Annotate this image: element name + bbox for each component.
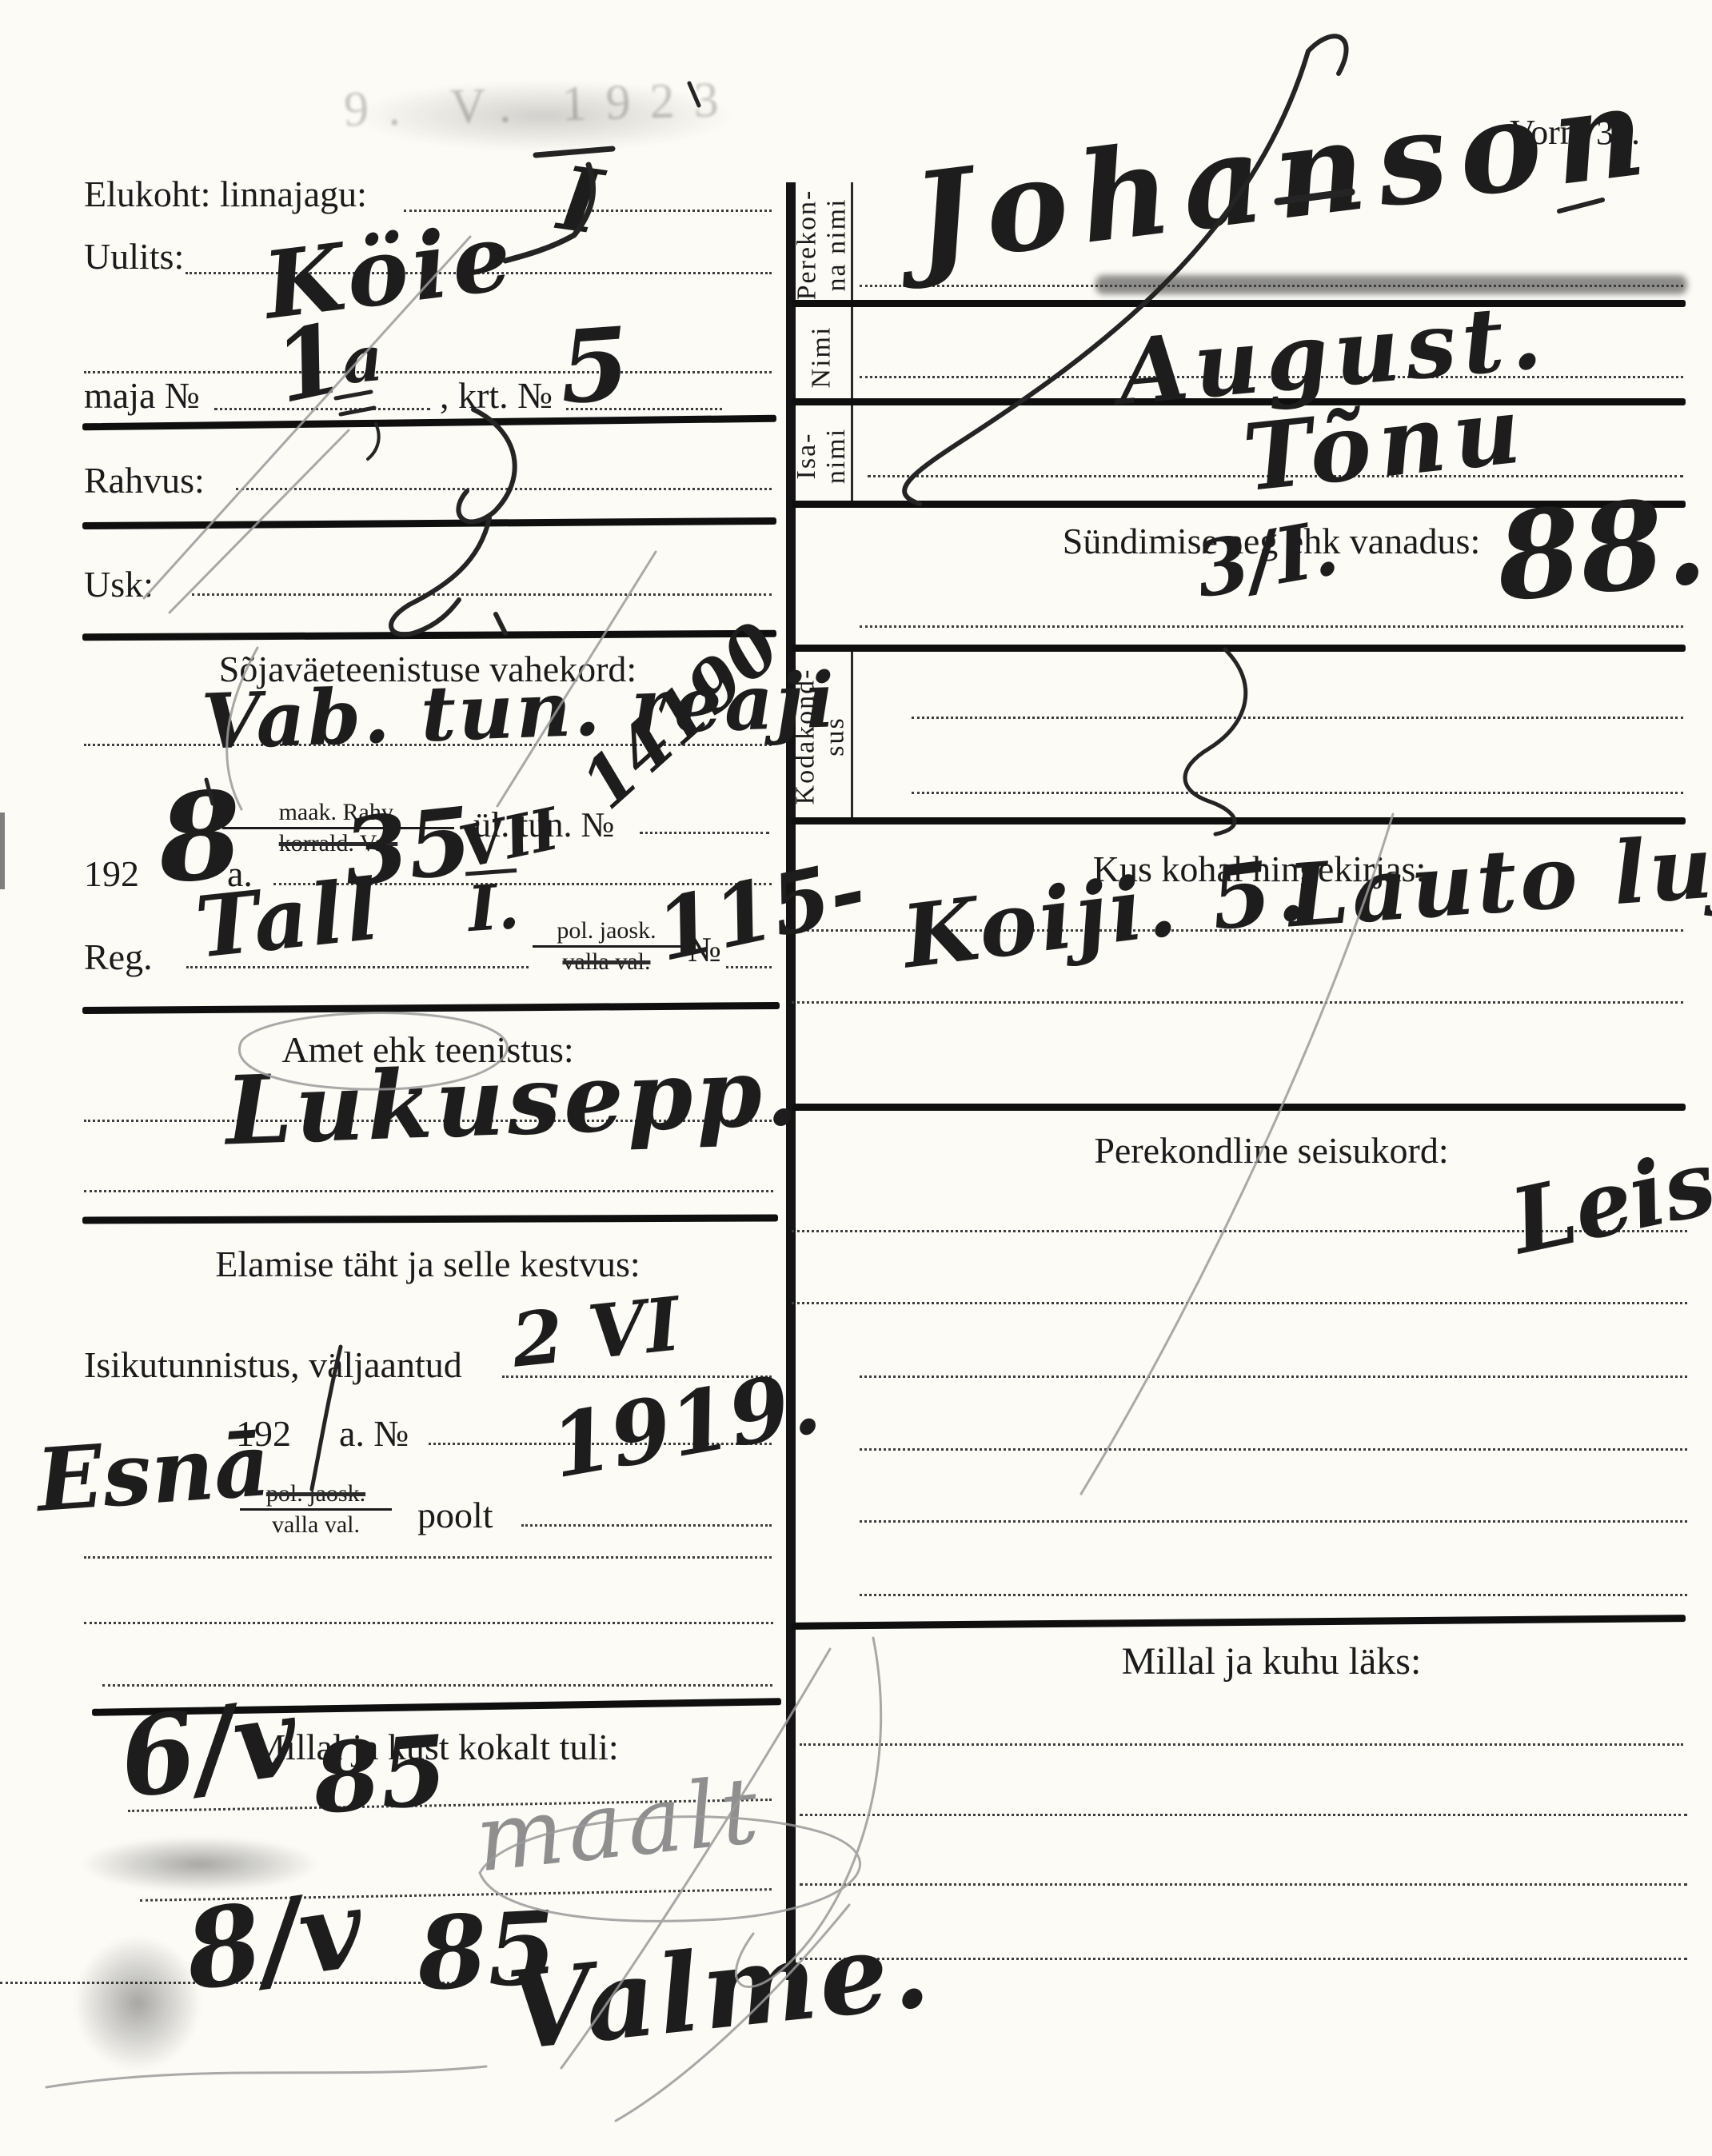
hw-maja-letter: a [340,328,385,393]
stamp-smudge [352,80,736,152]
dotted-line [192,593,772,596]
rule-thick [792,645,1686,652]
hw-isik-year: 1919. [545,1359,826,1491]
krt-label: , krt. № [440,374,553,417]
hw-tuli-place-1: maalt [472,1765,767,1886]
hw-isanimi: Tõnu [1239,384,1532,505]
registration-card-scan: 9. V. 1923 Vorm 36. Elukoht: linnajagu: … [0,0,1712,2156]
rule-thick [792,1104,1686,1111]
elamise-heading: Elamise täht ja selle kestvus: [84,1243,772,1285]
dotted-line [521,1524,772,1527]
millal-laks-heading: Millal ja kuhu läks: [860,1639,1683,1683]
hw-tuli-date-1: 6/v [114,1682,304,1814]
dotted-line [236,488,772,490]
rule-thick [82,517,776,529]
nimi-label: Nimi [807,325,836,388]
hw-tuli-date-2: 8/v [179,1874,369,2006]
rule-thick [792,300,1686,307]
scan-edge-mark [0,812,5,889]
hw-isik-day: 2 VI [509,1287,684,1377]
poolt-label: poolt [417,1494,493,1536]
dotted-line [860,625,1683,628]
hw-hingekirjas-2: Lauto luj. [1285,820,1712,940]
dotted-line [860,1520,1687,1523]
dotted-line [792,1302,1687,1304]
hw-ul-tun-roman: VII [455,800,564,876]
year-prefix: 192 [84,852,139,895]
rule-thick [82,1002,780,1014]
rule-thick [792,1615,1686,1630]
elukoht-label: Elukoht: linnajagu: [84,173,367,215]
rule-thick [82,630,776,641]
hw-reg-number: 115- [649,848,872,973]
hw-tuli-year-1: 85 [310,1723,450,1827]
flourish-kodakondsus [1185,649,1246,834]
hw-krt-no: 5 [557,314,633,419]
rahvus-label: Rahvus: [84,459,205,501]
uulits-label: Uulits: [84,235,184,277]
stamp-smudge [74,1935,202,2071]
hw-reg-place: Tall [192,867,385,970]
dotted-line [792,1001,1683,1004]
dotted-line [800,1958,1687,1960]
hw-tuli-place-2: Valme. [503,1914,936,2066]
perekonnanimi-label: Perekon- na nimi [792,190,851,301]
dotted-line [860,1448,1687,1451]
valla-val-bottom: valla val. [533,948,680,976]
dotted-line [800,1883,1687,1886]
reg-label: Reg. [84,936,153,978]
isikutunnistus-label: Isikutunnistus, väljaantud [84,1344,462,1386]
hw-sund-age: 88. [1492,481,1710,618]
label-separator [851,182,853,505]
isanimi-label-cell: Isa- nimi [792,408,851,504]
hw-linnajagu: I [554,154,607,247]
flourish-j-hook [1308,36,1347,74]
rule-thick [82,415,776,431]
isanimi-label: Isa- nimi [792,428,851,484]
dotted-line [84,371,772,373]
year2-suffix: a. № [339,1412,409,1455]
hw-sund-day: 3/I. [1190,509,1343,609]
hw-reg-place2: I. [465,868,521,941]
nimi-label-cell: Nimi [792,312,851,401]
stamp-smudge [80,1836,320,1892]
dotted-line [800,1814,1687,1816]
hw-comma [368,424,379,459]
dotted-line [84,1622,773,1624]
dotted-line [640,832,769,834]
hw-amet-value: Lukusepp. [224,1044,803,1158]
rule-thick [82,1214,778,1224]
rule-thick [792,817,1686,824]
maja-label: maja № [84,374,200,417]
dotted-line [860,1594,1687,1596]
dotted-line [860,285,1683,287]
dotted-line [912,717,1683,719]
dotted-line [84,1190,773,1192]
dotted-line [800,1743,1683,1746]
dotted-line [860,1375,1687,1378]
perekonnanimi-label-cell: Perekon- na nimi [792,186,851,304]
dotted-line [84,1556,772,1559]
hw-margin-note: Esnā [34,1422,273,1524]
dotted-line [912,792,1683,794]
hw-perekonnanimi: Johanson [907,67,1663,281]
usk-label: Usk: [84,563,154,605]
